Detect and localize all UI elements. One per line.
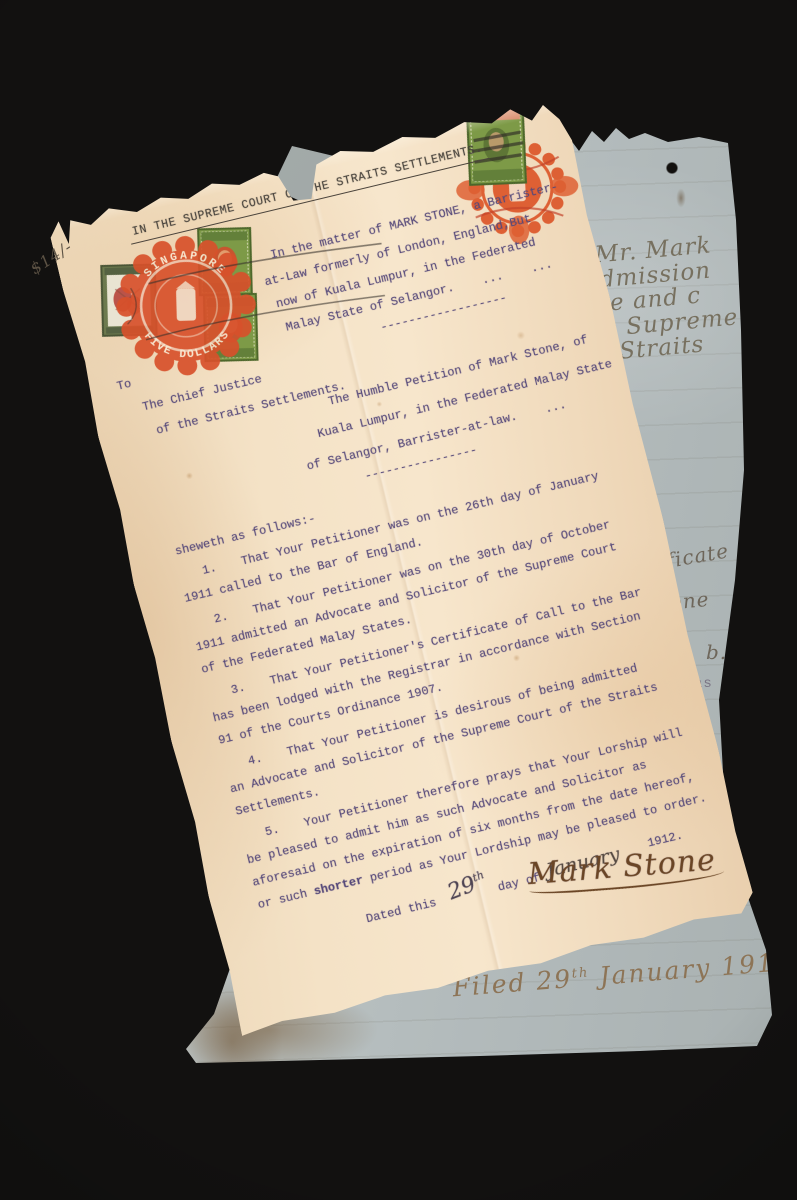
filed-day: 29: [535, 964, 573, 996]
handwriting-fragment-b: b.: [706, 640, 727, 664]
photo-stage: Mr. Markadmissioncate and cthe SupremeSt…: [0, 0, 797, 1200]
filed-month-year: January 1912: [598, 947, 793, 991]
filed-day-suffix: th: [571, 965, 590, 981]
dated-prefix: Dated this: [365, 896, 438, 926]
addressee-to: To: [114, 372, 134, 399]
